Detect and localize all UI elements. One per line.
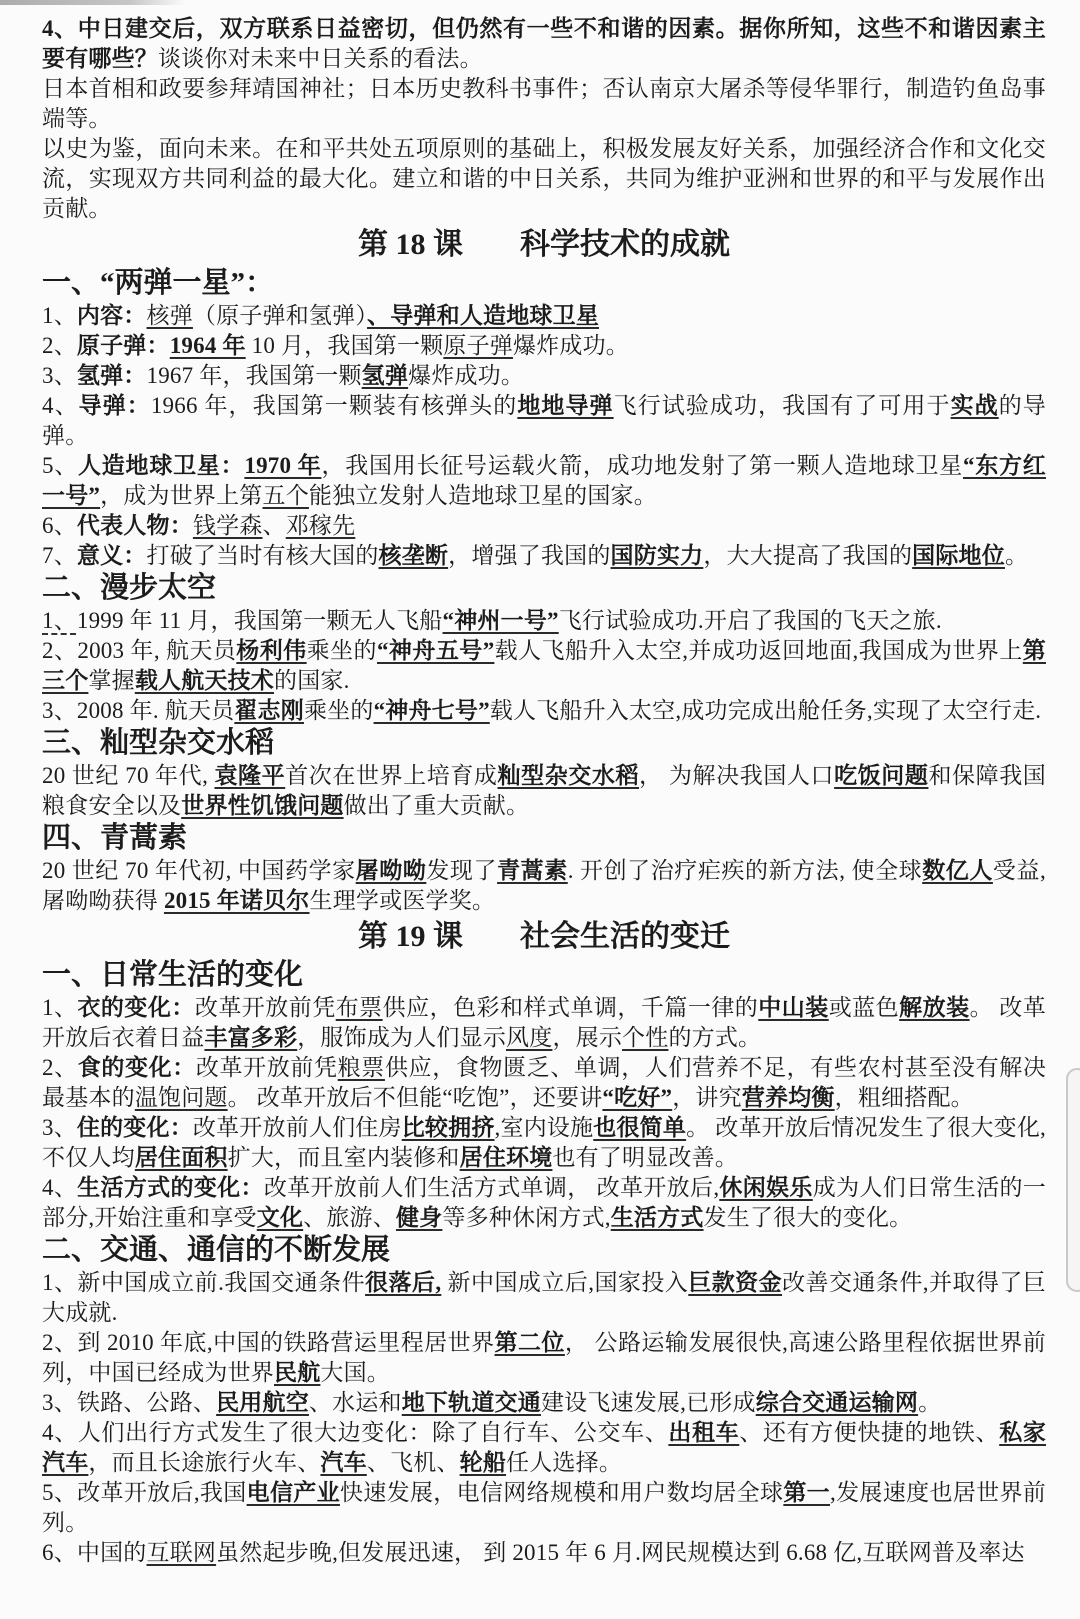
paragraph: 20 世纪 70 年代, 袁隆平首次在世界上培育成籼型杂交水稻， 为解决我国人口… xyxy=(42,761,1046,821)
text-run: 。 改革开放后不但能“吃饱”，还要讲 xyxy=(228,1085,603,1110)
course-title: 第 19 课社会生活的变迁 xyxy=(42,916,1046,958)
text-run: 谈谈你对未来中日关系的看法。 xyxy=(158,46,483,71)
text-run: 首次在世界上培育成 xyxy=(285,763,497,788)
text-run: 2、 xyxy=(42,1055,78,1080)
paragraph: 3、2008 年. 航天员翟志刚乘坐的“神舟七号”载人飞船升入太空,成功完成出舱… xyxy=(42,696,1046,726)
text-run: “神州一号” xyxy=(443,608,559,633)
text-run: 乘坐的 xyxy=(304,698,374,723)
paragraph: 1、内容：核弹（原子弹和氢弹）、导弹和人造地球卫星 xyxy=(42,301,1046,331)
text-run: （原子弹和氢弹） xyxy=(193,303,367,328)
text-run: 代表人物： xyxy=(77,513,193,538)
text-run: 飞行试验成功，我国有了可用于 xyxy=(614,393,951,418)
text-run: 扩大，而且室内装修和 xyxy=(228,1145,460,1170)
text-run: 、飞机、 xyxy=(367,1450,460,1475)
text-run: 邓稼先 xyxy=(286,513,356,538)
text-run: 巨款资金 xyxy=(688,1270,782,1295)
text-run: 2015 年诺贝尔 xyxy=(164,888,310,913)
text-run: 1967 年，我国第一颗 xyxy=(147,363,362,388)
text-run: 虽然起步晚,但发展迅速， 到 2015 年 6 月.网民规模达到 6.68 亿,… xyxy=(216,1540,1025,1565)
paragraph: 2、2003 年, 航天员杨利伟乘坐的“神舟五号”载人飞船升入太空,并成功返回地… xyxy=(42,636,1046,696)
text-run: ，增强了我国的 xyxy=(448,543,610,568)
text-run: 个性 xyxy=(622,1025,668,1050)
text-run: 科学技术的成就 xyxy=(520,228,730,261)
text-run: 、 xyxy=(263,513,286,538)
text-run: 民用航空 xyxy=(216,1390,309,1415)
text-run: 1999 年 11 月，我国第一颗无人飞船 xyxy=(77,608,443,633)
text-run: 爆炸成功。 xyxy=(408,363,524,388)
text-run: ，而且长途旅行火车、 xyxy=(88,1450,320,1475)
text-run: 核垄断 xyxy=(379,543,449,568)
text-run: ， 为解决我国人口 xyxy=(639,763,834,788)
text-run: 载人飞船升入太空,成功完成出舱任务,实现了太空行走. xyxy=(490,698,1041,723)
text-run: 4、 xyxy=(42,393,79,418)
text-run: 中山装 xyxy=(758,995,828,1020)
text-run: 原子弹 xyxy=(443,333,513,358)
text-run: 比较拥挤 xyxy=(402,1115,495,1140)
text-run: 健身 xyxy=(396,1205,442,1230)
text-run: 飞行试验成功.开启了我国的飞天之旅. xyxy=(559,608,942,633)
text-run: 文化 xyxy=(257,1205,303,1230)
text-run: 建设飞速发展,已形成 xyxy=(541,1390,756,1415)
text-run: 爆炸成功。 xyxy=(513,333,629,358)
text-run: 出租车 xyxy=(668,1420,739,1445)
text-run: 国防实力 xyxy=(611,543,704,568)
text-run: 20 世纪 70 年代, xyxy=(42,763,214,788)
paragraph: 日本首相和政要参拜靖国神社；日本历史教科书事件；否认南京大屠杀等侵华罪行，制造钓… xyxy=(42,74,1046,134)
text-run: 四、青蒿素 xyxy=(42,822,187,854)
text-run: 核弹 xyxy=(147,303,193,328)
text-run: “吃好” xyxy=(602,1085,672,1110)
text-run: 二、交通、通信的不断发展 xyxy=(42,1234,390,1266)
document-page: 4、中日建交后，双方联系日益密切，但仍然有一些不和谐的因素。据你所知，这些不和谐… xyxy=(0,0,1080,1619)
text-run: “神舟五号” xyxy=(377,638,494,663)
text-run: 内容： xyxy=(77,303,147,328)
text-run: ,室内设施 xyxy=(495,1115,594,1140)
paragraph: 5、改革开放后,我国电信产业快速发展，电信网络规模和用户数均居全球第一,发展速度… xyxy=(42,1478,1046,1538)
text-run: 20 世纪 70 年代初, 中国药学家 xyxy=(42,858,356,883)
paragraph: 1、新中国成立前.我国交通条件很落后, 新中国成立后,国家投入巨款资金改善交通条… xyxy=(42,1268,1046,1328)
scrollbar-thumb[interactable] xyxy=(1066,1068,1080,1292)
paragraph: 以史为鉴，面向未来。在和平共处五项原则的基础上，积极发展友好关系，加强经济合作和… xyxy=(42,134,1046,224)
document-body: 4、中日建交后，双方联系日益密切，但仍然有一些不和谐的因素。据你所知，这些不和谐… xyxy=(0,0,1080,1568)
text-run: 实战 xyxy=(951,393,999,418)
text-run: 原子弹： xyxy=(77,333,170,358)
text-run: 人造地球卫星： xyxy=(78,453,244,478)
text-run: 布票 xyxy=(336,995,383,1020)
text-run: 休闲娱乐 xyxy=(719,1175,812,1200)
text-run: 五个 xyxy=(263,483,309,508)
text-run: ，服饰成为人们显示 xyxy=(297,1025,506,1050)
text-run: 风度 xyxy=(506,1025,552,1050)
text-run: 改革开放前人们住房 xyxy=(193,1115,402,1140)
text-run: 1、 xyxy=(42,995,77,1020)
text-run: 生理学或医学奖。 xyxy=(310,888,496,913)
text-run: 居住面积 xyxy=(135,1145,228,1170)
text-run: ，成为世界上第 xyxy=(100,483,262,508)
text-run: 。 xyxy=(918,1390,941,1415)
section-heading: 一、“两弹一星”： xyxy=(42,266,1046,301)
text-run: 地地导弹 xyxy=(517,393,613,418)
text-run: 居住环境 xyxy=(460,1145,553,1170)
text-run: . 开创了治疗疟疾的新方法, 使全球 xyxy=(568,858,922,883)
text-run: 综合交通运输网 xyxy=(756,1390,918,1415)
section-heading: 一、日常生活的变化 xyxy=(42,958,1046,993)
paragraph: 3、氢弹：1967 年，我国第一颗氢弹爆炸成功。 xyxy=(42,361,1046,391)
text-run: 互联网 xyxy=(147,1540,217,1565)
text-run: 氢弹 xyxy=(362,363,408,388)
text-run: 衣的变化： xyxy=(77,995,194,1020)
text-run: 营养均衡 xyxy=(742,1085,835,1110)
paragraph: 20 世纪 70 年代初, 中国药学家屠呦呦发现了青蒿素. 开创了治疗疟疾的新方… xyxy=(42,856,1046,916)
paragraph: 6、代表人物：钱学森、邓稼先 xyxy=(42,511,1046,541)
text-run: 青蒿素 xyxy=(497,858,568,883)
text-run: 5、 xyxy=(42,453,78,478)
text-run: 或蓝色 xyxy=(829,995,899,1020)
text-run: 轮船 xyxy=(460,1450,506,1475)
text-run: 乘坐的 xyxy=(307,638,377,663)
text-run: 2、 xyxy=(42,333,77,358)
text-run: 4、人们出行方式发生了很大边变化：除了自行车、公交车、 xyxy=(42,1420,668,1445)
text-run: 温饱问题 xyxy=(135,1085,228,1110)
text-run: 民航 xyxy=(274,1360,320,1385)
text-run: 氢弹： xyxy=(77,363,147,388)
section-heading: 二、漫步太空 xyxy=(42,571,1046,606)
paragraph: 7、意义：打破了当时有核大国的核垄断，增强了我国的国防实力，大大提高了我国的国际… xyxy=(42,541,1046,571)
text-run: 发现了 xyxy=(426,858,497,883)
section-heading: 四、青蒿素 xyxy=(42,821,1046,856)
paragraph: 2、食的变化：改革开放前凭粮票供应，食物匮乏、单调，人们营养不足，有些农村甚至没… xyxy=(42,1053,1046,1113)
text-run: 杨利伟 xyxy=(236,638,306,663)
text-run: ，讲究 xyxy=(672,1085,742,1110)
paragraph: 4、人们出行方式发生了很大边变化：除了自行车、公交车、出租车、还有方便快捷的地铁… xyxy=(42,1418,1046,1478)
text-run: 供应，色彩和样式单调，千篇一律的 xyxy=(383,995,759,1020)
text-run: 载人航天技术 xyxy=(135,668,274,693)
text-run: 1966 年，我国第一颗装有核弹头的 xyxy=(151,393,518,418)
text-run: 籼型杂交水稻 xyxy=(498,763,640,788)
text-run: 6、 xyxy=(42,513,77,538)
text-run: 一、日常生活的变化 xyxy=(42,959,303,991)
text-run: 5、改革开放后,我国 xyxy=(42,1480,247,1505)
text-run: 社会生活的变迁 xyxy=(520,920,730,953)
text-run: 钱学森 xyxy=(193,513,263,538)
text-run: 第二位 xyxy=(495,1330,565,1355)
text-run: 二、漫步太空 xyxy=(42,572,216,604)
paragraph: 4、导弹：1966 年，我国第一颗装有核弹头的地地导弹飞行试验成功，我国有了可用… xyxy=(42,391,1046,451)
text-run: 丰富多彩 xyxy=(204,1025,297,1050)
text-run: 的国家. xyxy=(274,668,350,693)
text-run: ，大大提高了我国的 xyxy=(703,543,912,568)
paragraph: 1、衣的变化：改革开放前凭布票供应，色彩和样式单调，千篇一律的中山装或蓝色解放装… xyxy=(42,993,1046,1053)
section-heading: 二、交通、通信的不断发展 xyxy=(42,1233,1046,1268)
text-run: 1970 年 xyxy=(244,453,321,478)
text-run: 改革开放前凭 xyxy=(196,1055,338,1080)
text-run: 屠呦呦 xyxy=(356,858,427,883)
text-run: 粮票 xyxy=(338,1055,385,1080)
paragraph: 3、住的变化：改革开放前人们住房比较拥挤,室内设施也很简单。 改革开放后情况发生… xyxy=(42,1113,1046,1173)
text-run: 发生了很大的变化。 xyxy=(704,1205,913,1230)
text-run: 吃饭问题 xyxy=(834,763,928,788)
text-run: 7、 xyxy=(42,543,77,568)
text-run: 3、铁路、公路、 xyxy=(42,1390,216,1415)
text-run: 打破了当时有核大国的 xyxy=(147,543,379,568)
text-run: 很落后, xyxy=(365,1270,441,1295)
text-run: 能独立发射人造地球卫星的国家。 xyxy=(309,483,657,508)
text-run: 1、新中国成立前.我国交通条件 xyxy=(42,1270,365,1295)
text-run: 生活方式的变化： xyxy=(77,1175,264,1200)
text-run: 袁隆平 xyxy=(214,763,285,788)
text-run: 6、中国的 xyxy=(42,1540,147,1565)
text-run: 2、到 2010 年底,中国的铁路营运里程居世界 xyxy=(42,1330,495,1355)
paragraph: 2、到 2010 年底,中国的铁路营运里程居世界第二位， 公路运输发展很快,高速… xyxy=(42,1328,1046,1388)
text-run: 、导弹和人造地球卫星 xyxy=(367,303,599,328)
text-run: 三、籼型杂交水稻 xyxy=(42,727,274,759)
paragraph: 6、中国的互联网虽然起步晚,但发展迅速， 到 2015 年 6 月.网民规模达到… xyxy=(42,1538,1046,1568)
text-run: 做出了重大贡献。 xyxy=(344,793,530,818)
text-run: 意义： xyxy=(77,543,147,568)
text-run: ，粗细搭配。 xyxy=(835,1085,974,1110)
text-run: 第一 xyxy=(783,1480,830,1505)
text-run: 世界性饥饿问题 xyxy=(181,793,343,818)
text-run: 、还有方便快捷的地铁、 xyxy=(739,1420,999,1445)
text-run: 生活方式 xyxy=(611,1205,704,1230)
text-run: 导弹： xyxy=(79,393,151,418)
text-run: 10 月，我国第一颗 xyxy=(246,333,444,358)
text-run: 1、 xyxy=(42,303,77,328)
text-run: 1964 年 xyxy=(170,333,246,358)
text-run: ，展示 xyxy=(552,1025,622,1050)
text-run: 日本首相和政要参拜靖国神社；日本历史教科书事件；否认南京大屠杀等侵华罪行，制造钓… xyxy=(42,76,1046,131)
text-run: 地下轨道交通 xyxy=(402,1390,541,1415)
text-run: 第 18 课 xyxy=(358,228,463,261)
text-run: 快速发展，电信网络规模和用户数均居全球 xyxy=(340,1480,783,1505)
text-run: 以史为鉴，面向未来。在和平共处五项原则的基础上，积极发展友好关系，加强经济合作和… xyxy=(42,136,1046,221)
text-run: 改革开放前人们生活方式单调， 改革开放后, xyxy=(264,1175,719,1200)
text-run: 等多种休闲方式, xyxy=(442,1205,610,1230)
paragraph: 1、1999 年 11 月，我国第一颗无人飞船“神州一号”飞行试验成功.开启了我… xyxy=(42,606,1046,636)
text-run: 新中国成立后,国家投入 xyxy=(441,1270,688,1295)
text-run: 任人选择。 xyxy=(506,1450,622,1475)
text-run: 。 xyxy=(1005,543,1028,568)
text-run: 汽车 xyxy=(320,1450,366,1475)
text-run: “神舟七号” xyxy=(374,698,490,723)
text-run: 3、 xyxy=(42,363,77,388)
text-run: 电信产业 xyxy=(247,1480,340,1505)
text-run: 3、2008 年. 航天员 xyxy=(42,698,234,723)
text-run: 解放装 xyxy=(899,995,969,1020)
text-run: 、旅游、 xyxy=(303,1205,396,1230)
text-run: 国际地位 xyxy=(912,543,1005,568)
text-run: 4、 xyxy=(42,1175,77,1200)
text-run: 1、 xyxy=(42,608,77,633)
paragraph: 5、人造地球卫星：1970 年，我国用长征号运载火箭，成功地发射了第一颗人造地球… xyxy=(42,451,1046,511)
paragraph: 2、原子弹：1964 年 10 月，我国第一颗原子弹爆炸成功。 xyxy=(42,331,1046,361)
paragraph: 4、中日建交后，双方联系日益密切，但仍然有一些不和谐的因素。据你所知，这些不和谐… xyxy=(42,14,1046,74)
paragraph: 4、生活方式的变化：改革开放前人们生活方式单调， 改革开放后,休闲娱乐成为人们日… xyxy=(42,1173,1046,1233)
paragraph: 3、铁路、公路、民用航空、水运和地下轨道交通建设飞速发展,已形成综合交通运输网。 xyxy=(42,1388,1046,1418)
text-run: 也有了明显改善。 xyxy=(552,1145,738,1170)
text-run: 载人飞船升入太空,并成功返回地面,我国成为世界上 xyxy=(494,638,1022,663)
text-run: 掌握 xyxy=(88,668,134,693)
section-heading: 三、籼型杂交水稻 xyxy=(42,726,1046,761)
text-run: 食的变化： xyxy=(78,1055,196,1080)
scan-edge-artifact xyxy=(0,0,185,5)
text-run: 改革开放前凭 xyxy=(195,995,336,1020)
text-run: 第 19 课 xyxy=(358,920,463,953)
text-run: 大国。 xyxy=(320,1360,390,1385)
text-run: 一、“两弹一星”： xyxy=(42,267,274,299)
text-run: 数亿人 xyxy=(922,858,993,883)
text-run: 、水运和 xyxy=(309,1390,402,1415)
text-run: 2、2003 年, 航天员 xyxy=(42,638,236,663)
text-run: 住的变化： xyxy=(77,1115,193,1140)
text-run: 翟志刚 xyxy=(234,698,304,723)
text-run: 3、 xyxy=(42,1115,77,1140)
text-run: 的方式。 xyxy=(668,1025,761,1050)
text-run: ，我国用长征号运载火箭，成功地发射了第一颗人造地球卫星 xyxy=(321,453,963,478)
course-title: 第 18 课科学技术的成就 xyxy=(42,224,1046,266)
text-run: 也很简单 xyxy=(593,1115,686,1140)
